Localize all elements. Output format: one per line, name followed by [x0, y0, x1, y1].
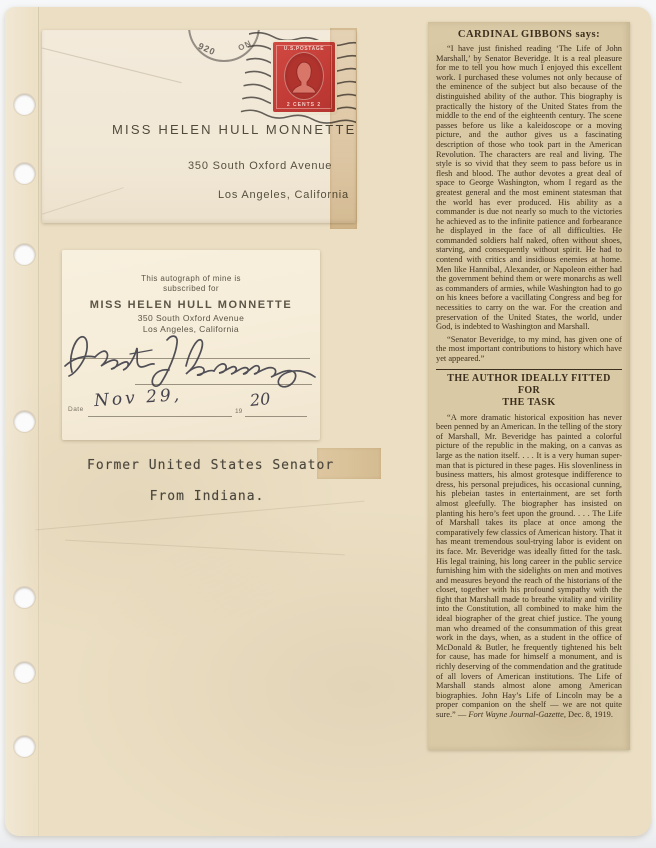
- punch-hole: [14, 94, 35, 115]
- scanned-scrapbook-page: 920 ON U.S.POSTAGE: [0, 0, 656, 848]
- punch-hole: [14, 163, 35, 184]
- section-divider: [436, 369, 622, 370]
- card-address-street: 350 South Oxford Avenue: [62, 313, 320, 323]
- tape-strip: [330, 28, 357, 229]
- date-label: Date: [68, 406, 84, 413]
- postmark-text: 920: [197, 41, 218, 57]
- clipping-attribution-source: Fort Wayne Journal-Gazette,: [468, 710, 566, 719]
- typed-caption: Former United States Senator From Indian…: [87, 450, 327, 512]
- clipping-subheading-line: THE TASK: [436, 397, 622, 409]
- envelope-address-street: 350 South Oxford Avenue: [188, 160, 332, 172]
- caption-line: From Indiana.: [87, 481, 327, 512]
- clipping-subheading-line: THE AUTHOR IDEALLY FITTED FOR: [436, 373, 622, 397]
- envelope-crease: [42, 187, 124, 216]
- card-intro-line: subscribed for: [62, 284, 320, 293]
- handwritten-date-year: 20: [249, 389, 271, 410]
- punch-hole: [14, 662, 35, 683]
- punch-hole: [14, 736, 35, 757]
- page-fold-crease: [65, 540, 345, 556]
- clipping-subheading: THE AUTHOR IDEALLY FITTED FOR THE TASK: [436, 373, 622, 409]
- autograph-card: This autograph of mine is subscribed for…: [62, 250, 320, 440]
- clipping-paragraph: “A more dramatic historical exposition h…: [436, 413, 622, 720]
- punch-hole: [14, 244, 35, 265]
- envelope: 920 ON U.S.POSTAGE: [42, 30, 356, 223]
- envelope-addressee-name: MISS HELEN HULL MONNETTE: [112, 122, 356, 137]
- card-addressee-name: MISS HELEN HULL MONNETTE: [62, 299, 320, 311]
- stamp-portrait-oval: [284, 52, 324, 100]
- binding-crease: [38, 7, 39, 836]
- punch-hole: [14, 587, 35, 608]
- signature-handwriting: [62, 326, 318, 400]
- newspaper-clipping: CARDINAL GIBBONS says: “I have just fini…: [428, 22, 630, 750]
- caption-line: Former United States Senator: [87, 450, 327, 481]
- clipping-attribution-date: Dec. 8, 1919.: [566, 710, 613, 719]
- date-fill-line: [245, 416, 307, 417]
- clipping-paragraph-text: “A more dramatic historical exposition h…: [436, 413, 622, 719]
- envelope-flap-crease: [42, 46, 182, 83]
- album-page: 920 ON U.S.POSTAGE: [5, 7, 651, 836]
- clipping-paragraph: “I have just finished reading ‘The Life …: [436, 44, 622, 332]
- washington-profile-icon: [291, 60, 317, 94]
- date-fill-line: [88, 416, 232, 417]
- clipping-paragraph: “Senator Beveridge, to my mind, has give…: [436, 335, 622, 364]
- stamp-bottom-text: 2 CENTS 2: [273, 102, 335, 108]
- card-intro-line: This autograph of mine is: [62, 274, 320, 283]
- postage-stamp-icon: U.S.POSTAGE 2 CENTS 2: [273, 42, 335, 112]
- punch-hole: [14, 411, 35, 432]
- clipping-heading: CARDINAL GIBBONS says:: [436, 29, 622, 40]
- printed-year-prefix: 19: [235, 408, 242, 415]
